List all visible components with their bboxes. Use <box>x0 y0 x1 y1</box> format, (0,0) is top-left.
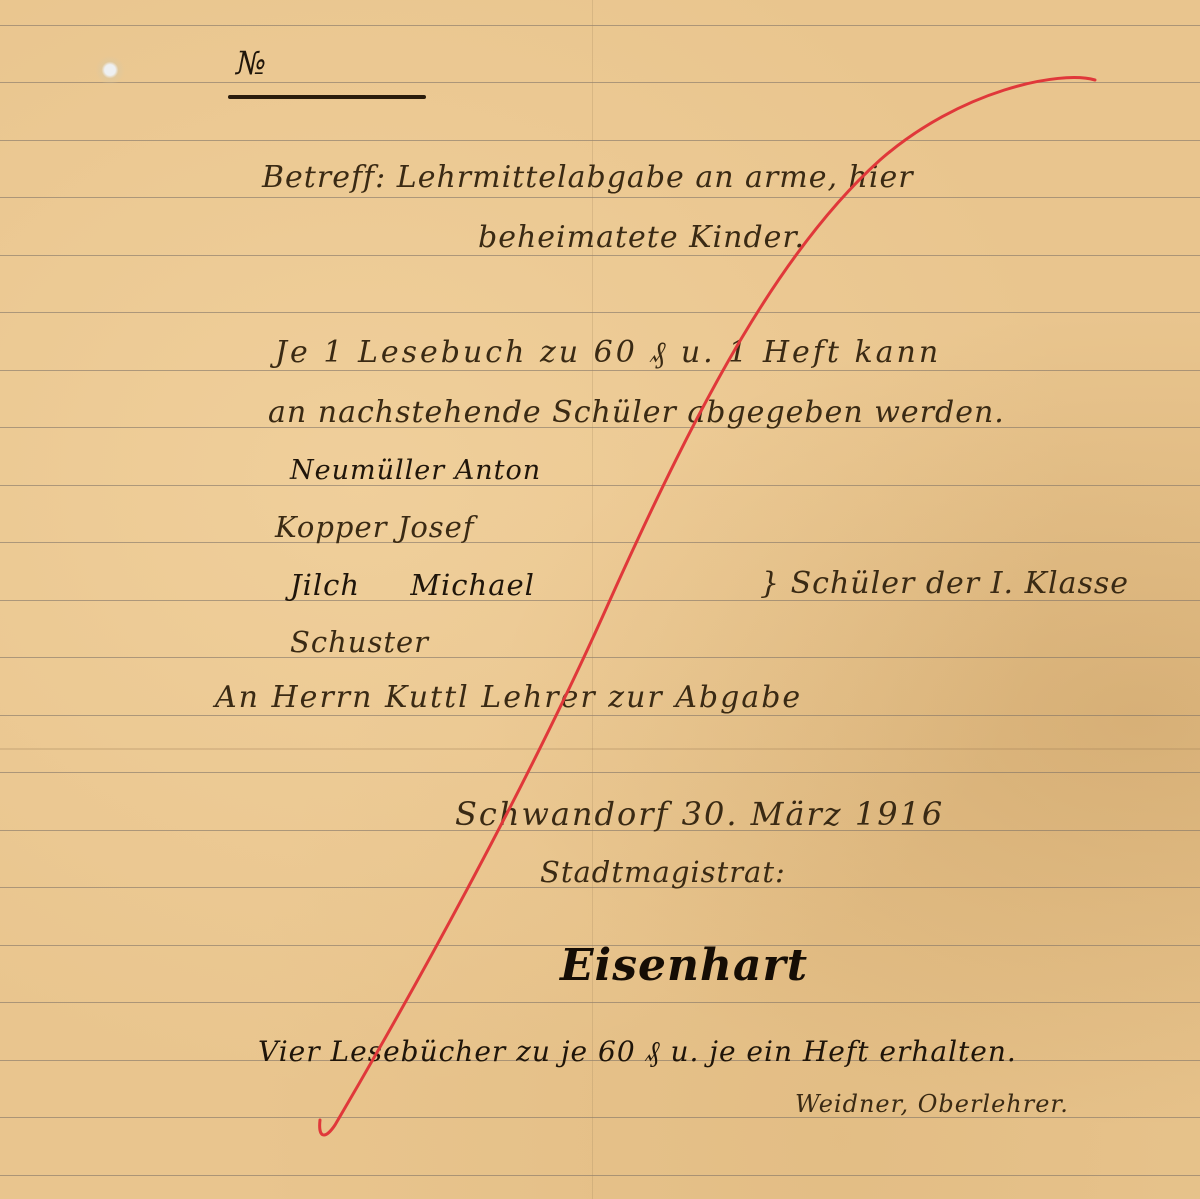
red-check-mark-icon <box>0 0 1200 1199</box>
